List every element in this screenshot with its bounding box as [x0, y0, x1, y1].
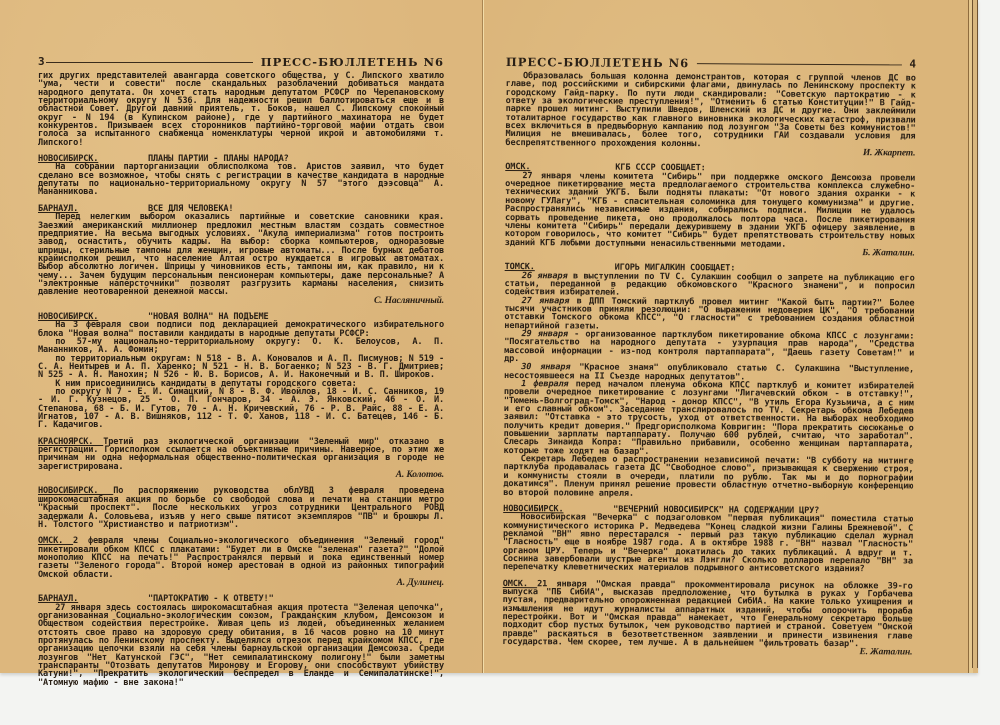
article-paragraph: Секретарь Лебедев о распространении неза…: [503, 455, 913, 499]
article: ОМСК. 2 февраля члены Социально-экологич…: [38, 537, 444, 587]
article-city: НОВОСИБИРСК.: [38, 486, 113, 496]
signature: И. Жкарпет.: [505, 147, 915, 158]
article-paragraph: НОВОСИБИРСК. По распоряжению руководства…: [38, 487, 444, 529]
continuation-text: Образовалась большая колонна демонстрант…: [505, 72, 915, 150]
article-paragraph: На собрании парторганизации облисполкома…: [38, 163, 444, 196]
article-paragraph: 1 февраля перед началом пленума обкома К…: [504, 380, 914, 458]
articles: ОМСК.КГБ СССР СООБЩАЕТ:27 января члены к…: [502, 163, 915, 657]
article: ОМСК. 21 января "Омская правда" прокомме…: [502, 580, 912, 658]
page-4: ПРЕСС-БЮЛЛЕТЕНЬ N6 4 Образовалась больша…: [484, 0, 968, 673]
booklet-spread: 3 ПРЕСС-БЮЛЛЕТЕНЬ N6 гих других представ…: [0, 0, 978, 673]
signature: А. Дулинец.: [38, 579, 444, 587]
date: 26 января: [522, 271, 568, 281]
article: НОВОСИБИРСК.ПЛАНЫ ПАРТИИ - ПЛАНЫ НАРОДА?…: [38, 155, 444, 197]
article-paragraph: 27 января в ДПП Томский партклуб провел …: [504, 297, 914, 333]
page-4-content: ПРЕСС-БЮЛЛЕТЕНЬ N6 4 Образовалась больша…: [502, 50, 916, 657]
article-paragraph: 26 января в выступлении по TV С. Сулакши…: [504, 272, 914, 300]
article-paragraph: КРАСНОЯРСК. Третий раз экологической орг…: [38, 438, 444, 471]
article-paragraph: ОМСК. 21 января "Омская правда" прокомме…: [502, 580, 912, 649]
date: 27 января: [522, 296, 570, 306]
article: ТОМСК.ИГОРЬ МИГАЛКИН СООБЩАЕТ:26 января …: [503, 263, 914, 499]
article: КРАСНОЯРСК. Третий раз экологической орг…: [38, 438, 444, 480]
article-city: ОМСК.: [38, 536, 73, 546]
date: 1 февраля: [521, 379, 568, 389]
signature: С. Насляничный.: [38, 297, 444, 305]
article: НОВОСИБИРСК."НОВАЯ ВОЛНА" НА ПОДЪЕМЕНа 3…: [38, 313, 444, 430]
continuation-text: гих других представителей авангарда сове…: [38, 72, 444, 147]
page-header: ПРЕСС-БЮЛЛЕТЕНЬ N6 4: [506, 50, 916, 69]
article-paragraph: На 3 февраля свои подписи под декларацие…: [38, 321, 444, 338]
article-paragraph: Новосибирская "Вечерка" с подзаголовком …: [503, 513, 913, 574]
signature: А. Колотов.: [38, 471, 444, 479]
article: НОВОСИБИРСК. По распоряжению руководства…: [38, 487, 444, 529]
masthead: ПРЕСС-БЮЛЛЕТЕНЬ N6: [261, 58, 444, 66]
article-paragraph: по округу N 7 - Е. И. Симацкий, N 8 - В.…: [38, 388, 444, 430]
header-rule: [697, 63, 901, 65]
article: ОМСК.КГБ СССР СООБЩАЕТ:27 января члены к…: [505, 163, 916, 257]
article: БАРНАУЛ."ПАРТОКРАТИЮ - К ОТВЕТУ!"27 янва…: [38, 595, 444, 687]
page-number: 4: [909, 60, 916, 68]
articles: НОВОСИБИРСК.ПЛАНЫ ПАРТИИ - ПЛАНЫ НАРОДА?…: [38, 155, 444, 687]
header-rule: [46, 62, 252, 63]
article-paragraph: Перед нелегким выбором оказались партийн…: [38, 213, 444, 296]
page-number: 3: [38, 58, 44, 66]
masthead: ПРЕСС-БЮЛЛЕТЕНЬ N6: [506, 58, 689, 67]
article-city: ОМСК.: [503, 579, 537, 589]
article: НОВОСИБИРСК."ВЕЧЕРНИЙ НОВОСИБИРСК" НА СО…: [503, 505, 913, 574]
article-paragraph: 27 января здесь состоялась широкомасштаб…: [38, 604, 444, 687]
page-3-content: 3 ПРЕСС-БЮЛЛЕТЕНЬ N6 гих других представ…: [38, 50, 444, 687]
article-city: КРАСНОЯРСК.: [38, 437, 103, 447]
page-header: 3 ПРЕСС-БЮЛЛЕТЕНЬ N6: [38, 50, 444, 66]
date: 30 января: [521, 362, 570, 372]
article-paragraph: по 57-му национально-территориальному ок…: [38, 338, 444, 355]
article-paragraph: 27 января члены комитета "Сибирь" при по…: [505, 172, 915, 250]
article: БАРНАУЛ.ВСЕ ДЛЯ ЧЕЛОВЕКА!Перед нелегким …: [38, 205, 444, 305]
article-paragraph: по территориальным округам: N 518 - В. А…: [38, 355, 444, 380]
article-paragraph: 29 января - организованное партклубом пи…: [504, 330, 914, 366]
date: 29 января: [521, 329, 567, 339]
article-paragraph: ОМСК. 2 февраля члены Социально-экологич…: [38, 537, 444, 579]
page-edge: [972, 0, 978, 668]
page-3: 3 ПРЕСС-БЮЛЛЕТЕНЬ N6 гих других представ…: [0, 0, 482, 673]
